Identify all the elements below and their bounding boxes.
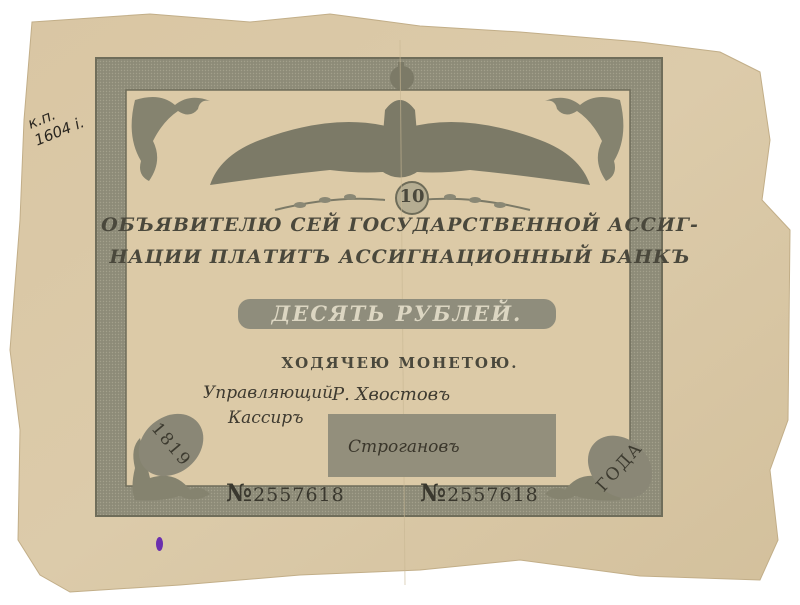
serial-number-left: №2557618 [226,478,345,507]
obligation-text-line-1: ОБЪЯВИТЕЛЮ СЕЙ ГОСУДАРСТВЕННОЙ АССИГ- [0,214,800,236]
cashier-label: Кассиръ [228,408,304,428]
serial-number-right: №2557618 [420,478,539,507]
serial-value: 2557618 [447,484,539,506]
cashier-signature: Строгановъ [348,437,460,457]
manager-label: Управляющий [203,383,333,403]
obligation-text-line-2: НАЦИИ ПЛАТИТЪ АССИГНАЦИОННЫЙ БАНКЪ [0,246,800,268]
serial-value: 2557618 [253,484,345,506]
banknote: к.п. 1604 і. 10 ОБЪЯВИТЕЛЮ СЕЙ ГОСУДАРСТ… [0,0,800,605]
denomination-numeral: 10 [396,186,428,207]
currency-line: ХОДЯЧЕЮ МОНЕТОЮ. [0,354,800,372]
year-text: 1819 [147,419,195,471]
year-suffix-text: ГОДА [593,438,648,496]
serial-prefix: № [226,478,253,507]
amount-band: ДЕСЯТЬ РУБЛЕЙ. [238,299,556,329]
serial-prefix: № [420,478,447,507]
manager-signature: Р. Хвостовъ [332,384,450,405]
ink-stain [156,537,163,551]
